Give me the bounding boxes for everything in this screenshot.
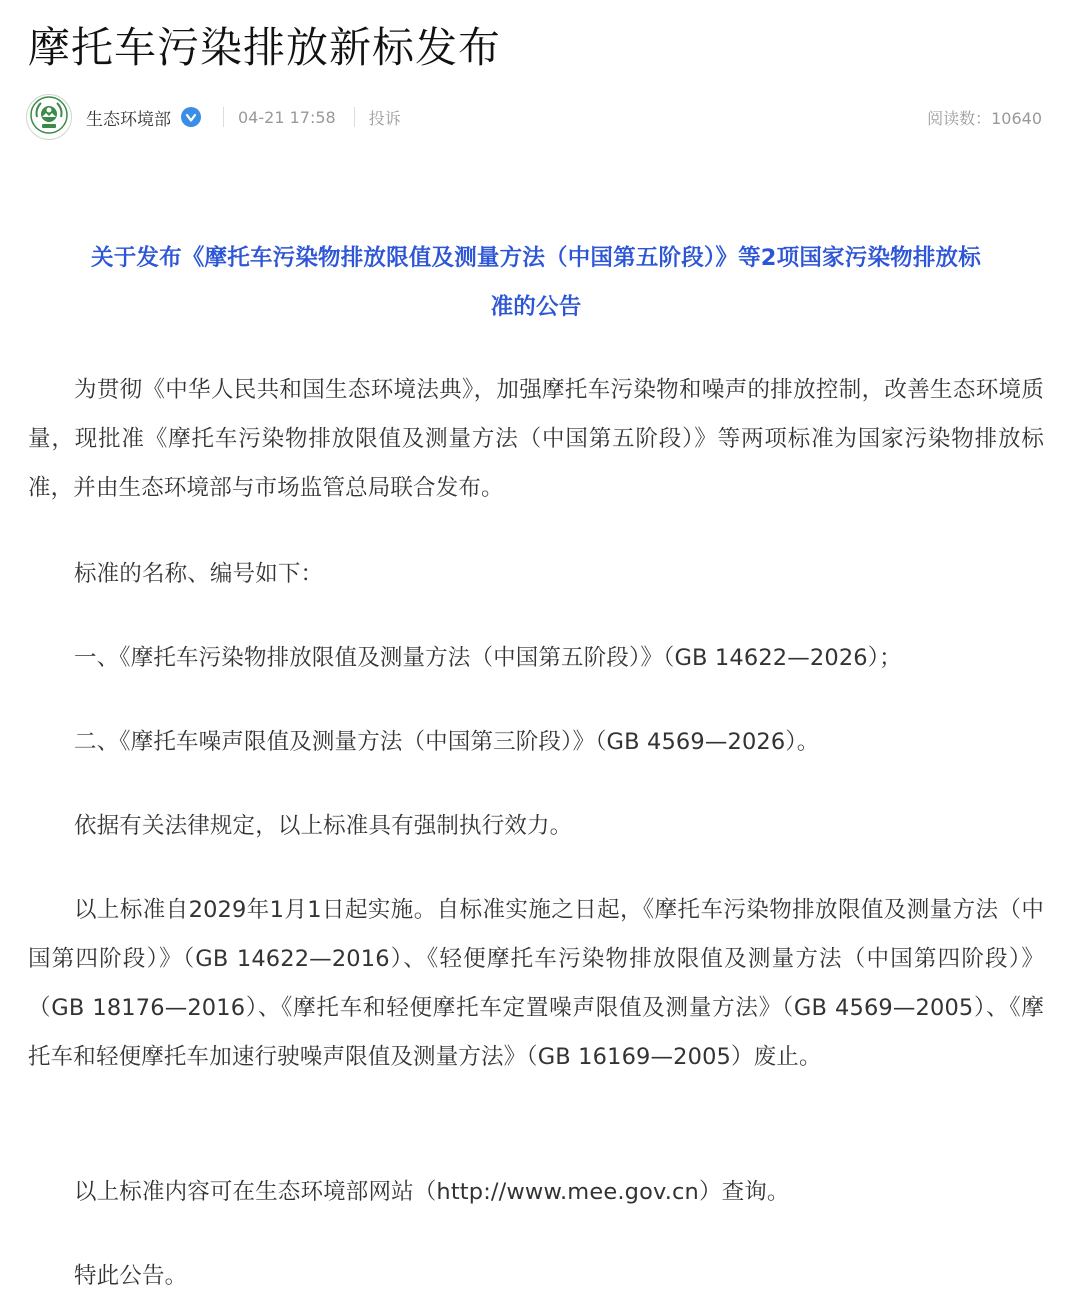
complain-button[interactable]: 投诉 [369, 106, 401, 129]
author-avatar[interactable] [26, 94, 72, 140]
paragraph-standards-list-intro: 标准的名称、编号如下： [28, 550, 1044, 599]
article-title: 摩托车污染排放新标发布 [28, 20, 501, 76]
publish-timestamp: 04-21 17:58 [238, 108, 336, 127]
notice-heading-line2: 准的公告 [491, 294, 582, 320]
meta-divider [354, 107, 355, 127]
mee-website-link[interactable]: http://www.mee.gov.cn [436, 1179, 699, 1205]
read-count-value: 10640 [991, 109, 1042, 128]
article-page: 摩托车污染排放新标发布 生态环境部 04-21 17:58 [0, 0, 1080, 1308]
paragraph-website: 以上标准内容可在生态环境部网站（http://www.mee.gov.cn）查询… [28, 1168, 1044, 1217]
notice-heading-line1: 关于发布《摩托车污染物排放限值及测量方法（中国第五阶段）》等2项国家污染物排放标 [91, 245, 981, 271]
paragraph-intro: 为贯彻《中华人民共和国生态环境法典》，加强摩托车污染物和噪声的排放控制，改善生态… [28, 366, 1044, 513]
read-count: 阅读数：10640 [927, 106, 1046, 129]
standard-item-1: 一、《摩托车污染物排放限值及测量方法（中国第五阶段）》（GB 14622—202… [28, 634, 1080, 683]
paragraph-legal-effect: 依据有关法律规定，以上标准具有强制执行效力。 [28, 802, 1044, 851]
article-meta-bar: 生态环境部 04-21 17:58 投诉 阅读数：10640 [26, 94, 1046, 140]
meta-divider [223, 107, 224, 127]
mee-logo-icon [29, 95, 69, 139]
paragraph-closing: 特此公告。 [28, 1252, 1044, 1301]
standard-item-2: 二、《摩托车噪声限值及测量方法（中国第三阶段）》（GB 4569—2026）。 [28, 718, 1080, 767]
paragraph-implementation: 以上标准自2029年1月1日起实施。自标准实施之日起，《摩托车污染物排放限值及测… [28, 886, 1044, 1082]
notice-heading: 关于发布《摩托车污染物排放限值及测量方法（中国第五阶段）》等2项国家污染物排放标… [28, 234, 1044, 332]
website-text-prefix: 以上标准内容可在生态环境部网站（ [74, 1179, 436, 1205]
read-count-label: 阅读数： [927, 109, 991, 128]
verified-check-icon [181, 107, 201, 127]
website-text-suffix: ）查询。 [699, 1179, 790, 1205]
author-name[interactable]: 生态环境部 [86, 105, 171, 130]
